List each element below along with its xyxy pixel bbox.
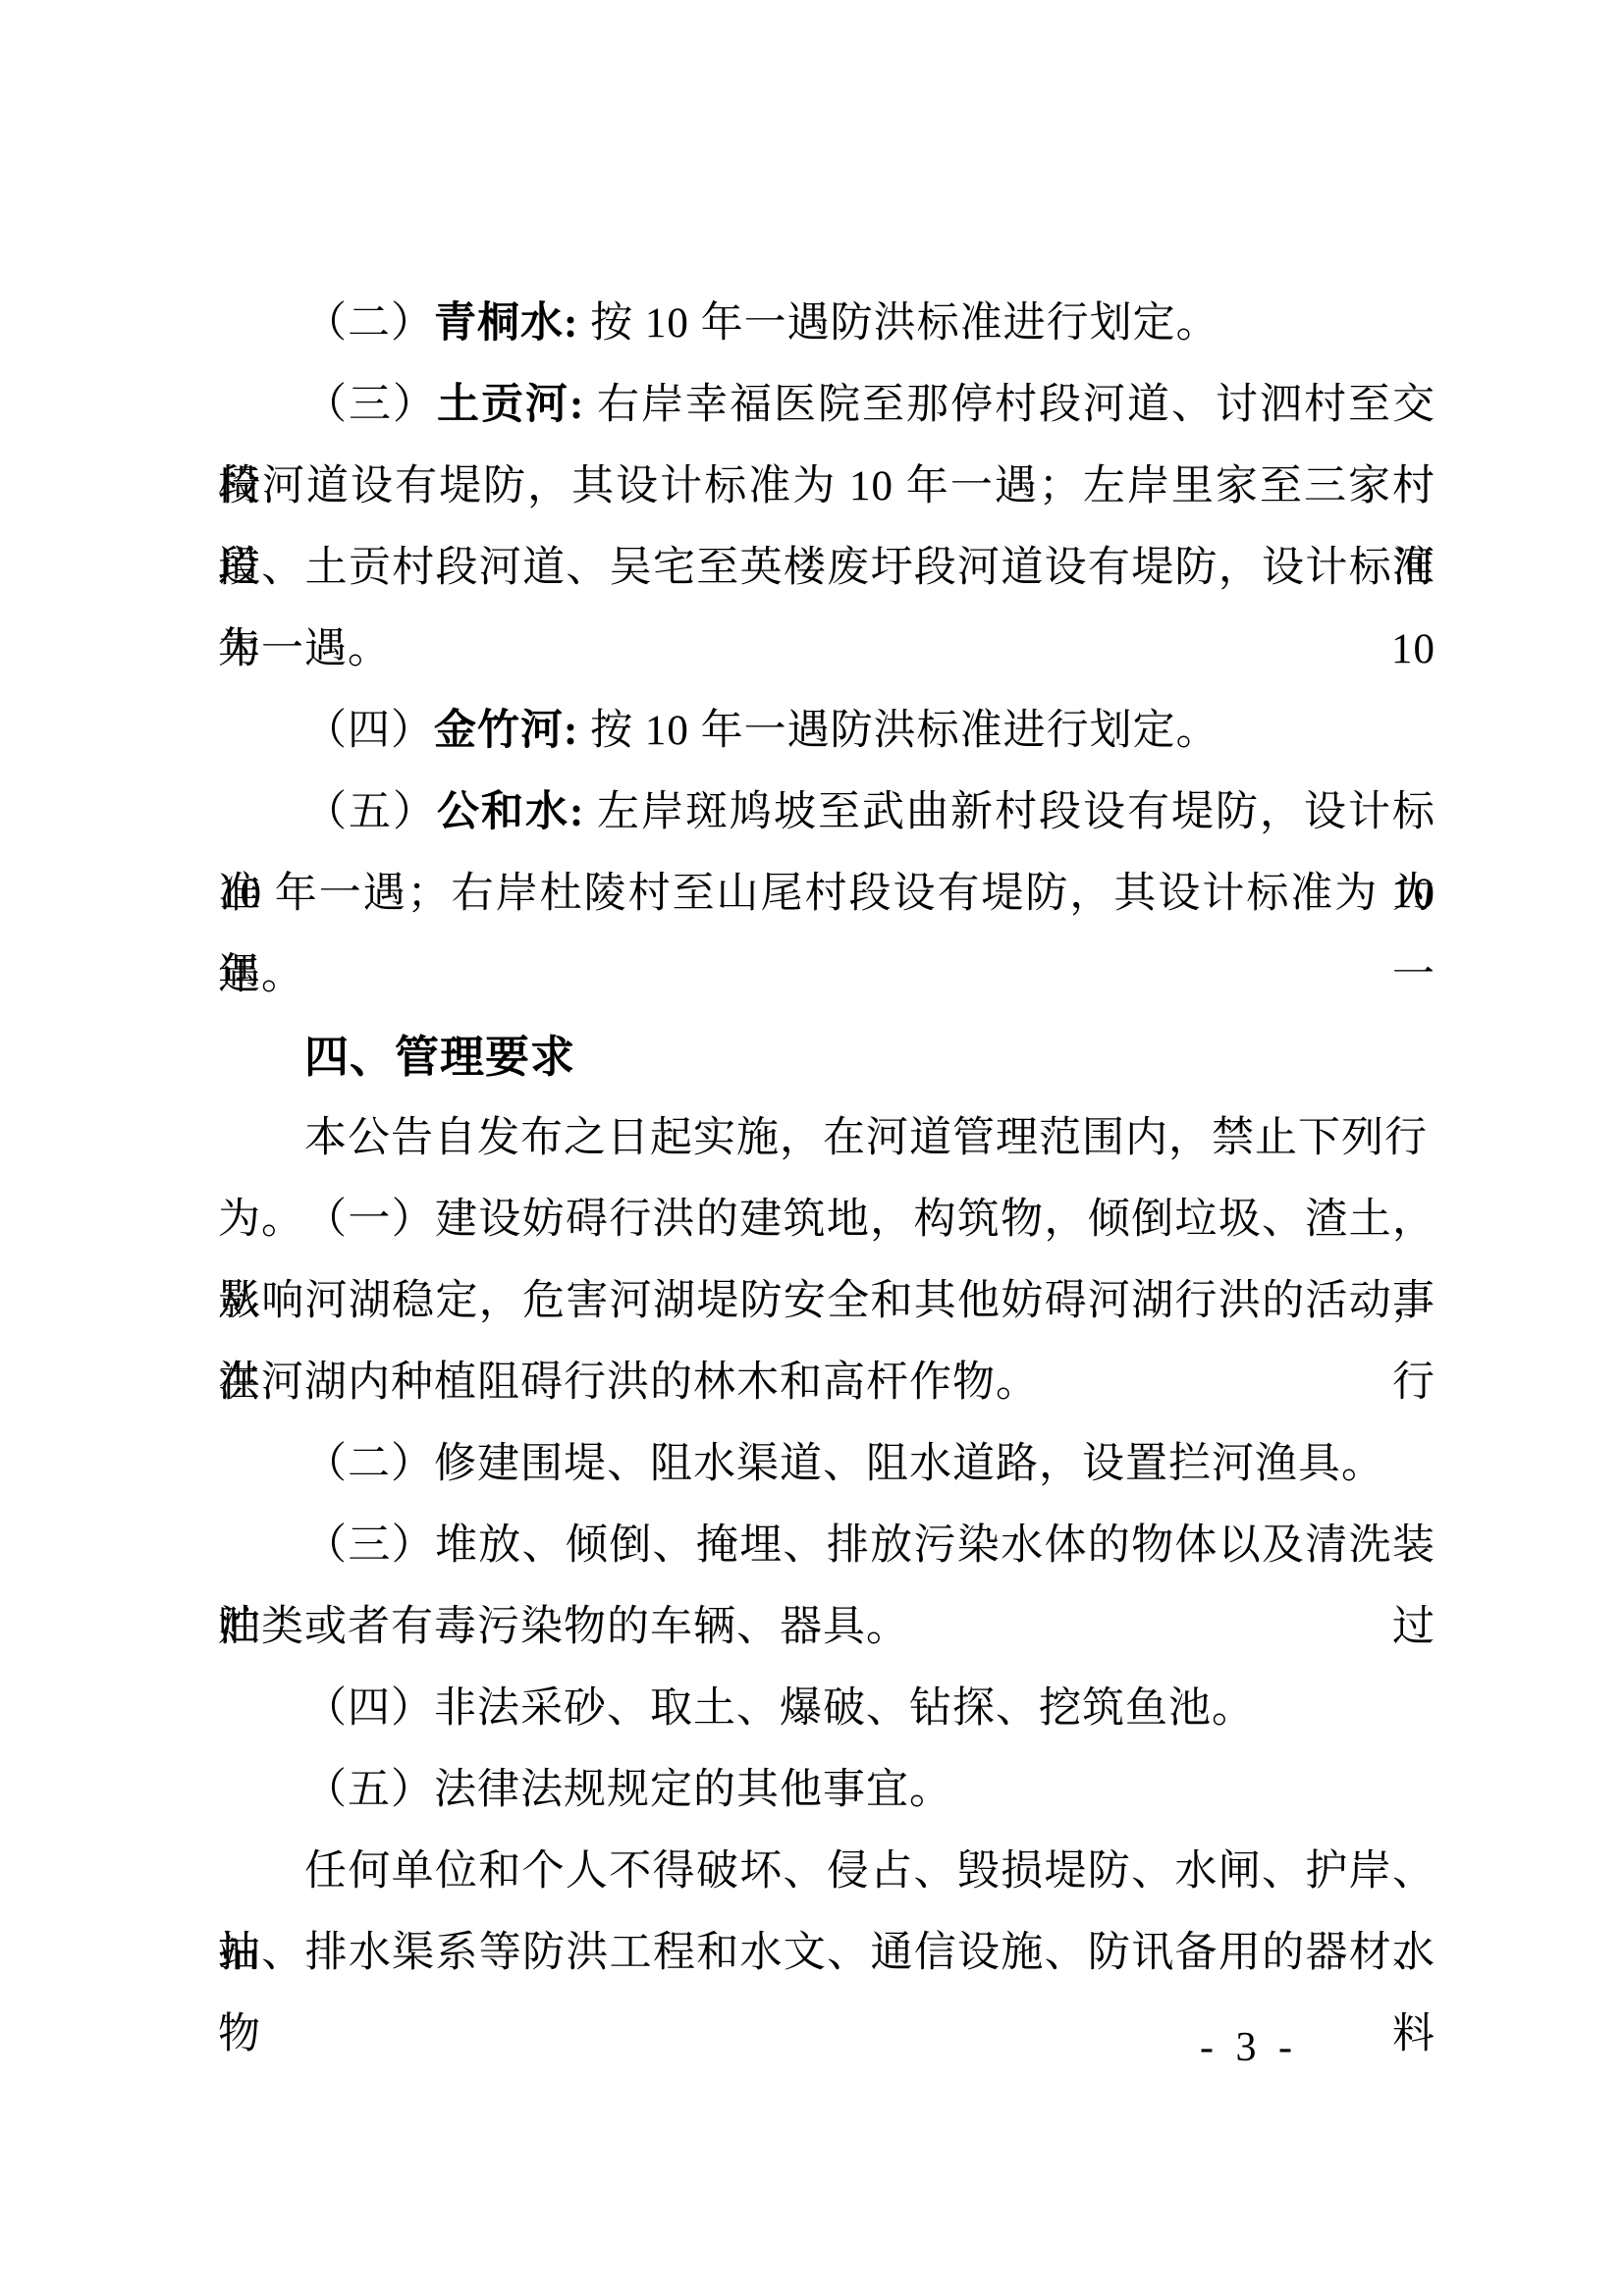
text-line: 段河道设有堤防，其设计标准为 10 年一遇；左岸里家至三家村段河 <box>218 446 1435 527</box>
text-run: （五）法律法规规定的其他事宜。 <box>304 1767 952 1813</box>
text-run: 四、管理要求 <box>304 1032 575 1082</box>
text-run: 洪河湖内种植阻碍行洪的林木和高杆作物。 <box>218 1360 1039 1406</box>
text-line: 任何单位和个人不得破坏、侵占、毁损堤防、水闸、护岸、抽水 <box>218 1831 1435 1912</box>
text-run: （三） <box>304 382 437 428</box>
text-line: （四）金竹河: 按 10 年一遇防洪标准进行划定。 <box>218 690 1435 772</box>
text-line: （五）法律法规规定的其他事宜。 <box>218 1749 1435 1831</box>
text-line: 道、土贡村段河道、吴宅至英楼废圩段河道设有堤防，设计标准为 10 <box>218 527 1435 609</box>
text-line: 影响河湖稳定，危害河湖堤防安全和其他妨碍河湖行洪的活动，在行 <box>218 1260 1435 1342</box>
text-line: （一）建设妨碍行洪的建筑地，构筑物，倾倒垃圾、渣土，从事 <box>218 1179 1435 1260</box>
river-name: 青桐水: <box>434 300 578 347</box>
text-run: 道、土贡村段河道、吴宅至英楼废圩段河道设有堤防，设计标准为 10 <box>218 545 1435 672</box>
text-line: （四）非法采砂、取土、爆破、钻探、挖筑鱼池。 <box>218 1668 1435 1749</box>
section-heading: 四、管理要求 <box>218 1016 1435 1097</box>
text-run: （二）修建围堤、阻水渠道、阻水道路，设置拦河渔具。 <box>304 1441 1384 1487</box>
text-line: （三）堆放、倾倒、掩埋、排放污染水体的物体以及清洗装贮过 <box>218 1505 1435 1586</box>
river-name: 土贡河: <box>437 382 584 428</box>
text-run: 遇。 <box>218 952 304 998</box>
text-run: 年一遇。 <box>218 626 391 672</box>
text-line: （二）青桐水: 按 10 年一遇防洪标准进行划定。 <box>218 283 1435 364</box>
text-line: （五）公和水: 左岸斑鸠坡至武曲新村段设有堤防，设计标准为 <box>218 772 1435 853</box>
document-text: （二）青桐水: 按 10 年一遇防洪标准进行划定。（三）土贡河: 右岸幸福医院至… <box>218 283 1435 1994</box>
text-line: （三）土贡河: 右岸幸福医院至那停村段河道、讨泗村至交椅村 <box>218 364 1435 446</box>
text-line: 站、排水渠系等防洪工程和水文、通信设施、防讯备用的器材、物料 <box>218 1912 1435 1994</box>
document-page: （二）青桐水: 按 10 年一遇防洪标准进行划定。（三）土贡河: 右岸幸福医院至… <box>0 0 1624 2296</box>
text-line: （二）修建围堤、阻水渠道、阻水道路，设置拦河渔具。 <box>218 1423 1435 1505</box>
text-line: 10 年一遇；右岸杜陵村至山尾村段设有堤防，其设计标准为 10 年一 <box>218 853 1435 934</box>
text-run: 按 10 年一遇防洪标准进行划定。 <box>578 708 1218 754</box>
text-run: （五） <box>304 789 437 835</box>
text-run: 按 10 年一遇防洪标准进行划定。 <box>578 300 1218 347</box>
text-run: （二） <box>304 300 434 347</box>
text-run: 10 年一遇；右岸杜陵村至山尾村段设有堤防，其设计标准为 10 年一 <box>218 871 1435 998</box>
river-name: 公和水: <box>437 789 584 835</box>
page-number: - 3 - <box>1200 2024 1298 2071</box>
text-run: （四） <box>304 708 434 754</box>
river-name: 金竹河: <box>434 708 578 754</box>
text-line: 本公告自发布之日起实施，在河道管理范围内，禁止下列行为。 <box>218 1097 1435 1179</box>
text-run: （四）非法采砂、取土、爆破、钻探、挖筑鱼池。 <box>304 1685 1255 1732</box>
text-run: 油类或者有毒污染物的车辆、器具。 <box>218 1604 909 1650</box>
